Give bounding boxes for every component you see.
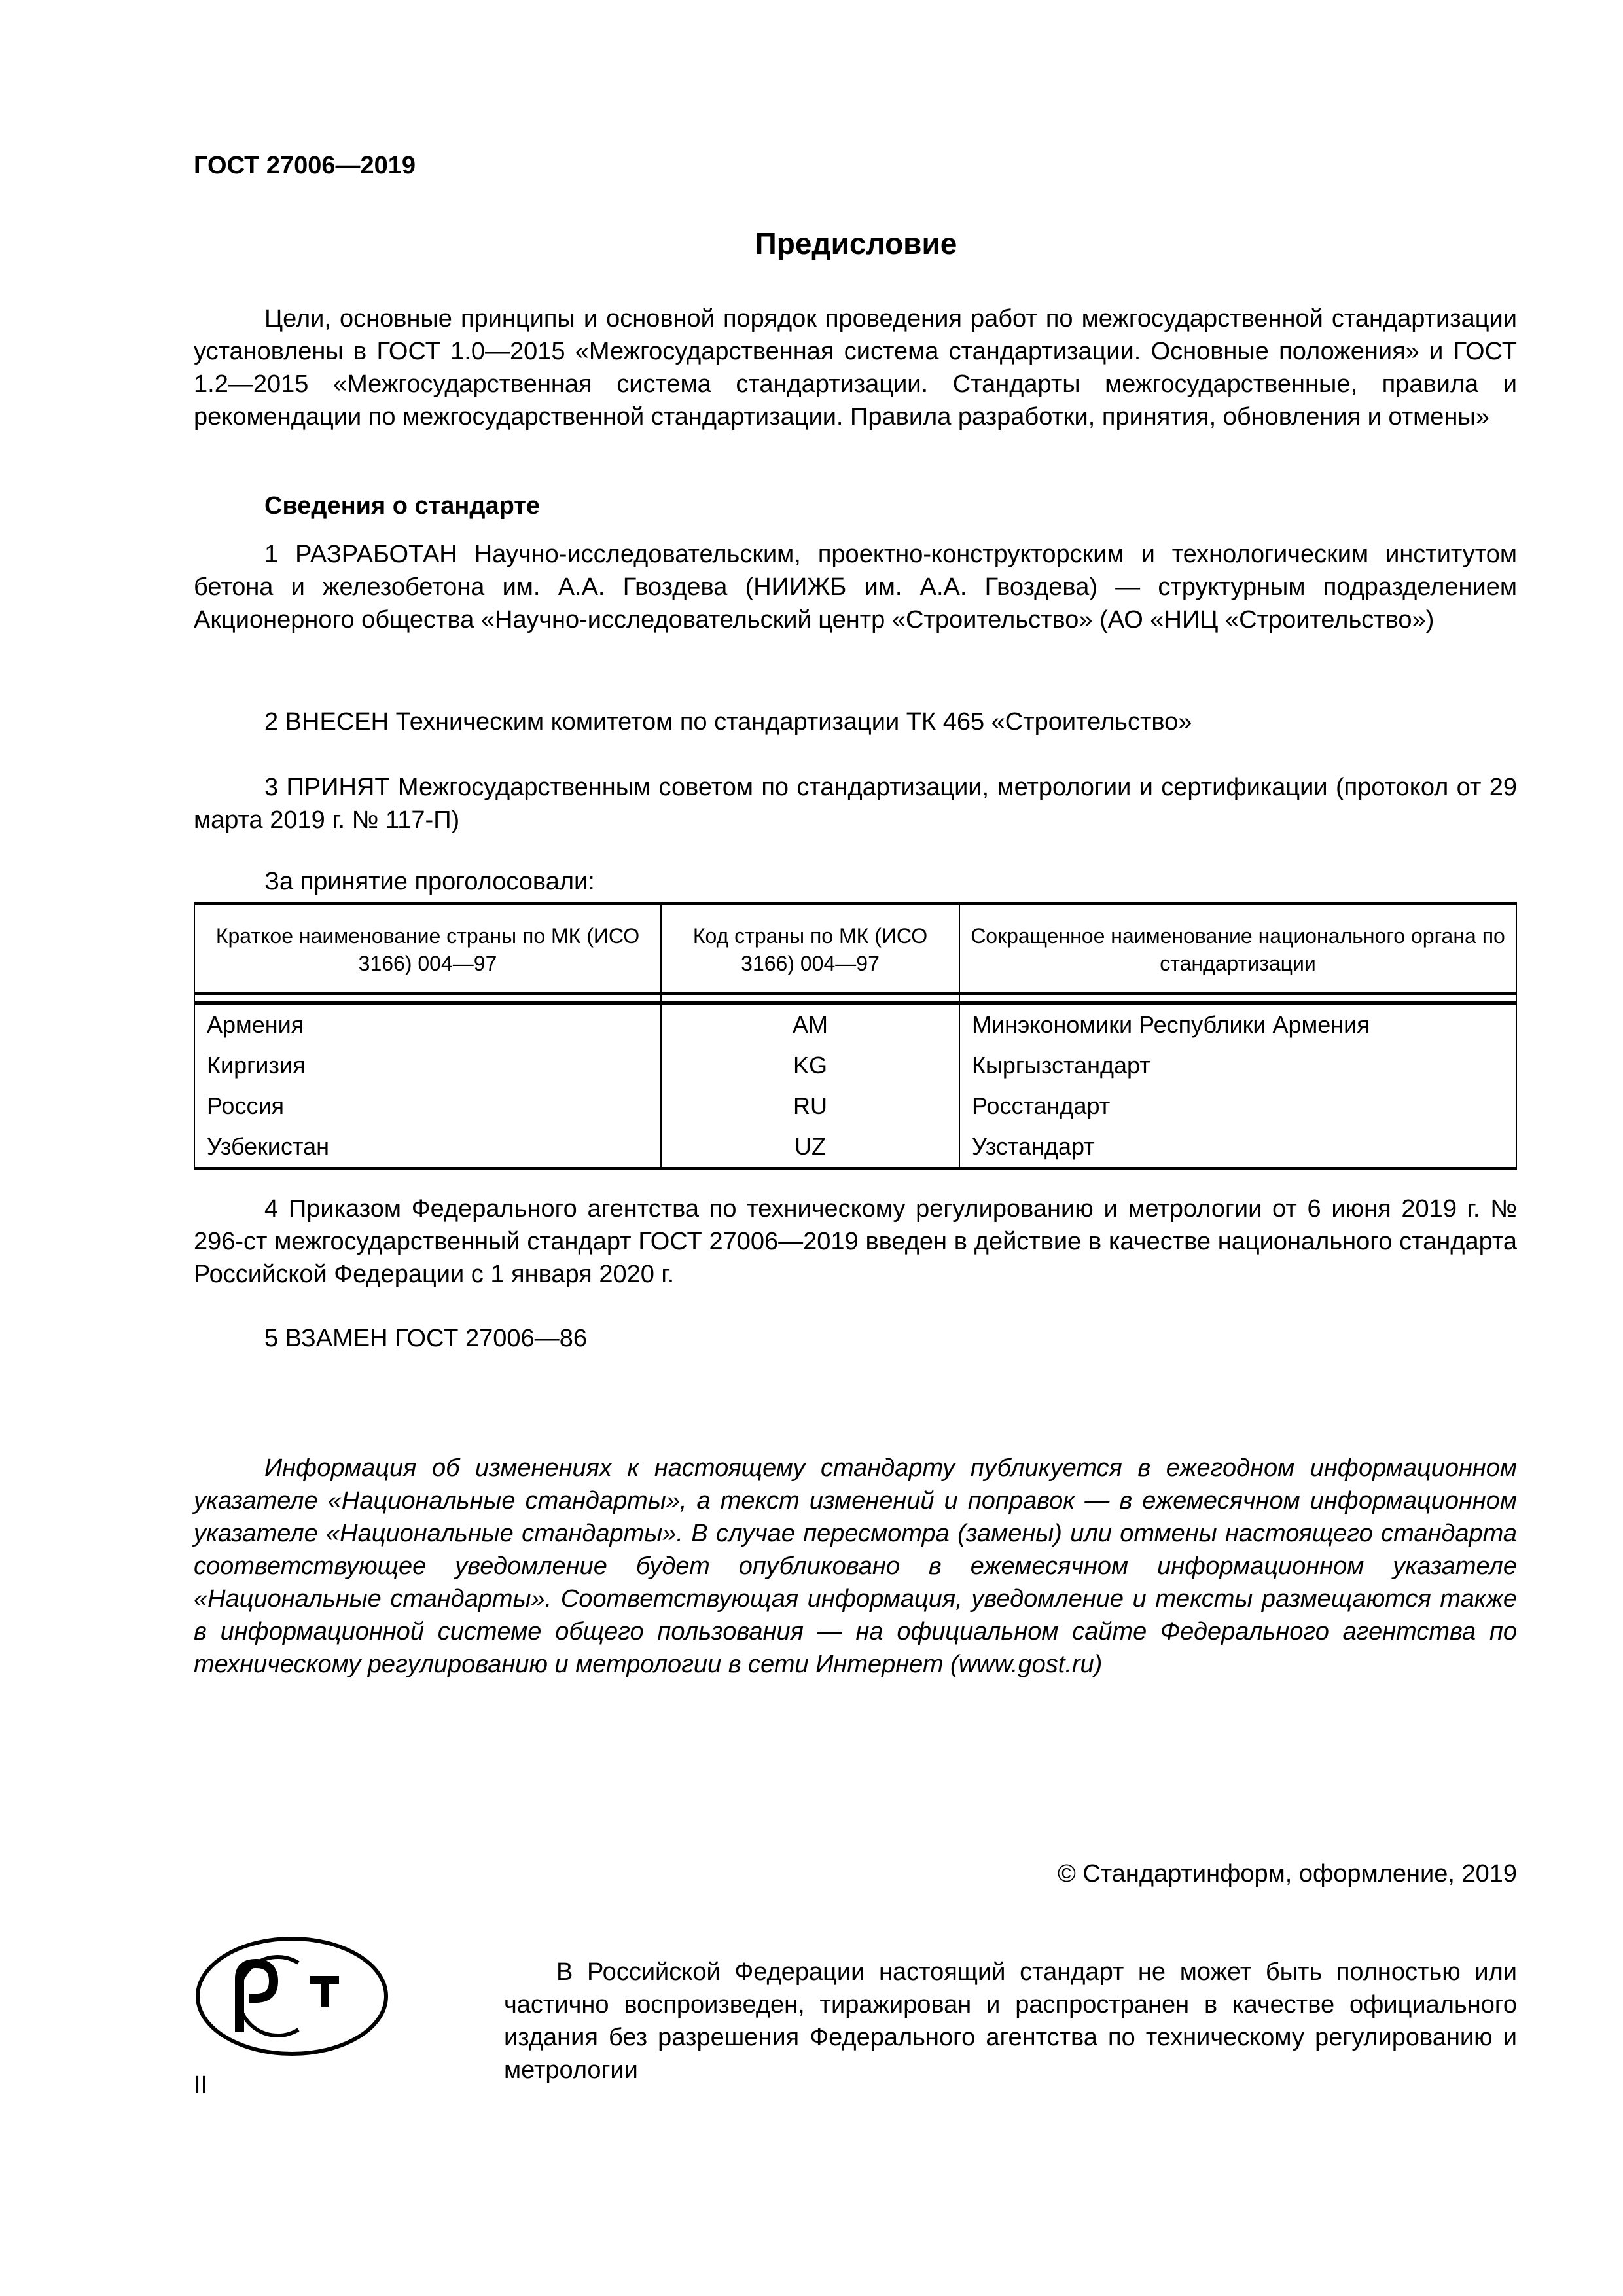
table-row: УзбекистанUZУзстандарт: [194, 1126, 1516, 1169]
table-row: АрменияAMМинэкономики Республики Армения: [194, 1003, 1516, 1046]
header-national-body: Сокращенное наименование национального о…: [959, 904, 1516, 994]
header-country-code: Код страны по МК (ИСО 3166) 004—97: [661, 904, 959, 994]
national-body-cell: Росстандарт: [959, 1086, 1516, 1126]
page-title: Предисловие: [0, 226, 1623, 261]
country-code-cell: KG: [661, 1045, 959, 1086]
national-body-cell: Минэкономики Республики Армения: [959, 1003, 1516, 1046]
copyright: © Стандартинформ, оформление, 2019: [194, 1857, 1517, 1890]
intro-paragraph: Цели, основные принципы и основной поряд…: [194, 302, 1517, 433]
table-row: КиргизияKGКыргызстандарт: [194, 1045, 1516, 1086]
country-name-cell: Киргизия: [194, 1045, 661, 1086]
page-number: II: [194, 2072, 207, 2100]
header-country-name: Краткое наименование страны по МК (ИСО 3…: [194, 904, 661, 994]
votes-caption: За принятие проголосовали:: [194, 865, 1517, 898]
item-replaces: 5 ВЗАМЕН ГОСТ 27006—86: [194, 1322, 1517, 1355]
section-heading: Сведения о стандарте: [194, 490, 1517, 522]
country-code-cell: UZ: [661, 1126, 959, 1169]
national-body-cell: Узстандарт: [959, 1126, 1516, 1169]
item-adopted: 3 ПРИНЯТ Межгосударственным советом по с…: [194, 771, 1517, 836]
country-name-cell: Узбекистан: [194, 1126, 661, 1169]
country-name-cell: Россия: [194, 1086, 661, 1126]
item-enacted: 4 Приказом Федерального агентства по тех…: [194, 1193, 1517, 1291]
info-notice: Информация об изменениях к настоящему ст…: [194, 1452, 1517, 1681]
document-id: ГОСТ 27006—2019: [194, 152, 416, 180]
country-code-cell: AM: [661, 1003, 959, 1046]
item-submitted: 2 ВНЕСЕН Техническим комитетом по станда…: [194, 706, 1517, 738]
country-code-cell: RU: [661, 1086, 959, 1126]
table-row: РоссияRUРосстандарт: [194, 1086, 1516, 1126]
reproduction-notice: В Российской Федерации настоящий стандар…: [504, 1956, 1517, 2087]
votes-table: Краткое наименование страны по МК (ИСО 3…: [194, 902, 1517, 1170]
item-developed: 1 РАЗРАБОТАН Научно-исследовательским, п…: [194, 538, 1517, 636]
country-name-cell: Армения: [194, 1003, 661, 1046]
rst-logo-icon: [194, 1934, 390, 2058]
national-body-cell: Кыргызстандарт: [959, 1045, 1516, 1086]
